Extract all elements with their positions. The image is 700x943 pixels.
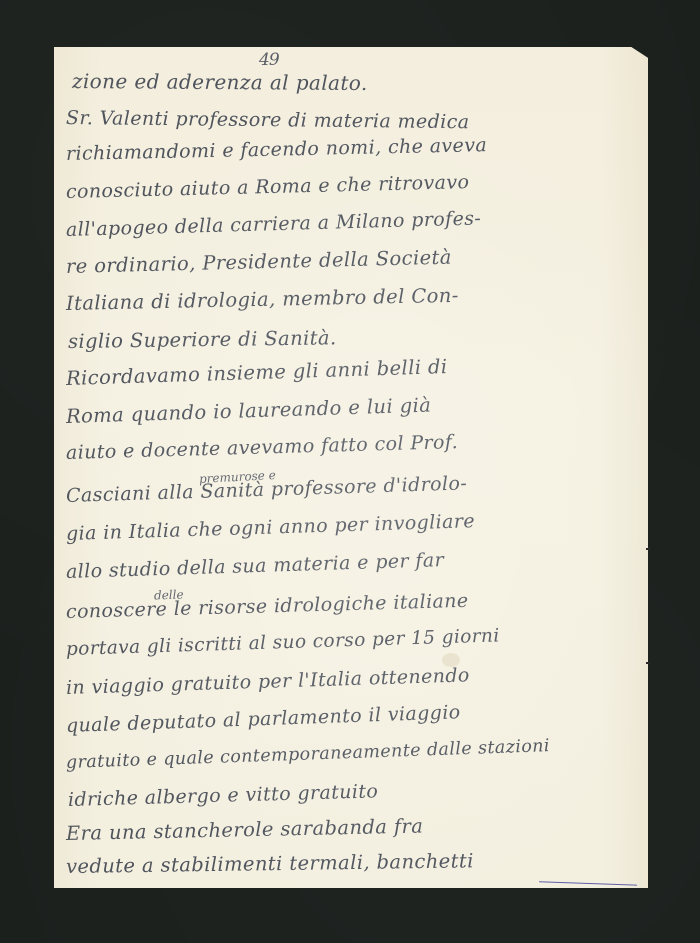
manuscript-line: in viaggio gratuito per l'Italia ottenen…	[66, 664, 470, 699]
manuscript-line: re ordinario, Presidente della Società	[66, 246, 452, 278]
manuscript-line: Italiana di idrologia, membro del Con-	[66, 284, 459, 315]
manuscript-line: quale deputato al parlamento il viaggio	[66, 701, 461, 737]
underline-mark	[539, 881, 637, 885]
manuscript-line: siglio Superiore di Sanità.	[68, 326, 337, 353]
page-number: 49	[259, 50, 279, 70]
page-edge-mark	[646, 548, 650, 550]
manuscript-line: idriche albergo e vitto gratuito	[68, 780, 379, 811]
manuscript-line: all'apogeo della carriera a Milano profe…	[66, 207, 482, 241]
manuscript-line: conoscere le risorse idrologiche italian…	[66, 590, 469, 623]
page-edge-mark	[646, 662, 650, 664]
manuscript-line: richiamandomi e facendo nomi, che aveva	[66, 134, 488, 165]
manuscript-line: aiuto e docente avevamo fatto col Prof.	[66, 431, 459, 464]
manuscript-line: zione ed aderenza al palato.	[72, 69, 368, 95]
manuscript-line: gia in Italia che ogni anno per invoglia…	[66, 510, 476, 545]
paper-stain	[442, 653, 460, 667]
manuscript-line: Era una stancherole sarabanda fra	[66, 815, 424, 845]
manuscript-line: Ricordavamo insieme gli anni belli di	[66, 355, 448, 390]
manuscript-line: vedute a stabilimenti termali, banchetti	[66, 849, 474, 878]
manuscript-line: Roma quando io laureando e lui già	[66, 394, 432, 428]
manuscript-line: gratuito e quale contemporaneamente dall…	[66, 736, 551, 773]
manuscript-line: Sr. Valenti professore di materia medica	[66, 107, 470, 133]
manuscript-line: allo studio della sua materia e per far	[66, 549, 445, 583]
manuscript-line: conosciuto aiuto a Roma e che ritrovavo	[66, 171, 470, 203]
manuscript-page: 49 zione ed aderenza al palato. Sr. Vale…	[54, 47, 648, 888]
manuscript-line: portava gli iscritti al suo corso per 15…	[66, 625, 500, 660]
